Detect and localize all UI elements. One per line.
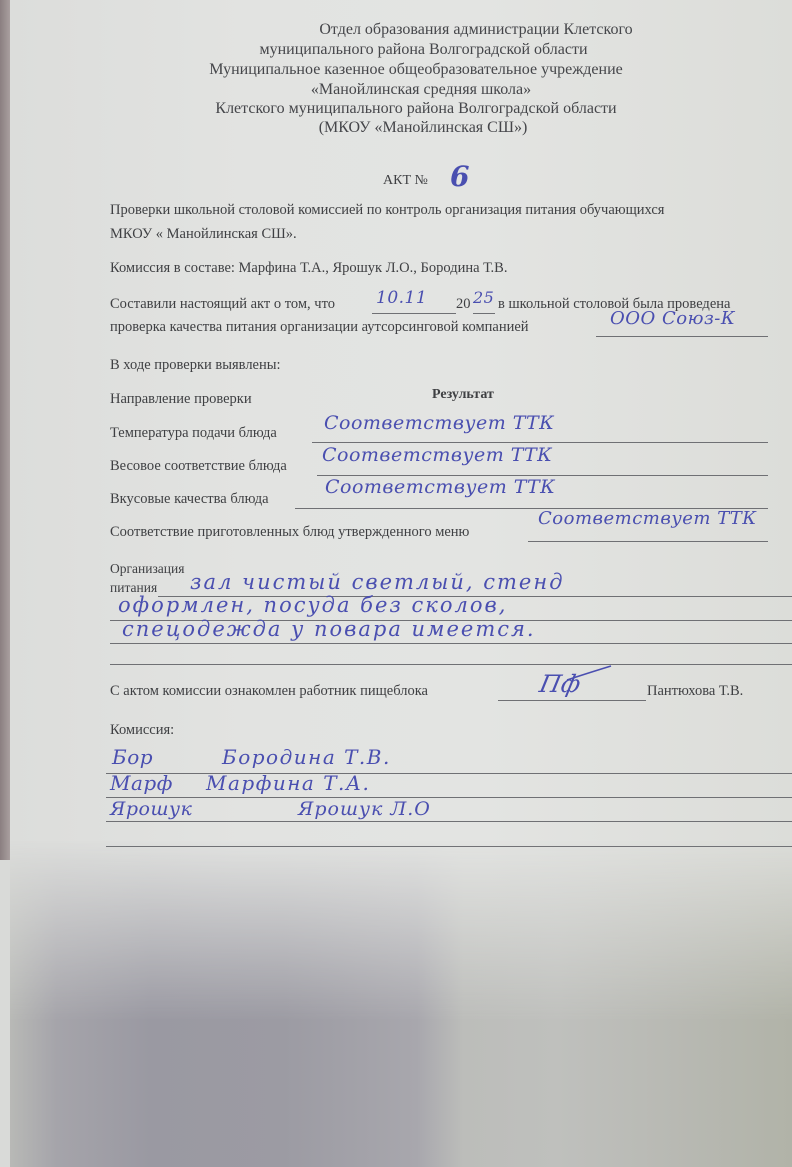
check-row-result: Соответствует ТТК	[325, 476, 555, 498]
document-page: Отдел образования администрации Клетског…	[10, 0, 792, 1167]
year-prefix: 20	[456, 296, 471, 313]
check-row-label: Температура подачи блюда	[110, 425, 277, 442]
check-row-result: Соответствует ТТК	[538, 508, 757, 529]
check-row-result: Соответствует ТТК	[324, 412, 554, 434]
statement-prefix: Составили настоящий акт о том, что	[110, 296, 335, 313]
commission-line-3	[106, 821, 792, 822]
signature-flourish	[565, 664, 615, 682]
organization-underline-4	[110, 664, 792, 665]
year-underline	[473, 313, 495, 314]
act-title: АКТ №	[383, 173, 428, 189]
act-title-prefix: АКТ №	[383, 173, 428, 188]
shadow-overlay	[10, 840, 792, 1167]
commission-signature: Ярошук	[110, 798, 192, 820]
check-row-underline	[528, 541, 768, 542]
header-line-1: Отдел образования администрации Клетског…	[10, 21, 792, 39]
column-direction: Направление проверки	[110, 391, 252, 408]
acknowledgement-signature-line	[498, 700, 646, 701]
findings-heading: В ходе проверки выявлены:	[110, 357, 281, 374]
worker-name: Пантюхова Т.В.	[647, 683, 743, 700]
check-row-label: Вкусовые качества блюда	[110, 491, 269, 508]
header-line-4: «Манойлинская средняя школа»	[10, 81, 792, 99]
header-line-5: Клетского муниципального района Волгогра…	[10, 100, 792, 118]
organization-text-line: зал чистый светлый, стенд	[190, 570, 565, 594]
company-handwritten: ООО Союз-К	[610, 308, 735, 329]
check-row-label: Соответствие приготовленных блюд утвержд…	[110, 524, 469, 541]
date-handwritten: 10.11	[376, 288, 427, 308]
commission-composition: Комиссия в составе: Марфина Т.А., Ярошук…	[110, 260, 507, 277]
organization-text-line: оформлен, посуда без сколов,	[118, 593, 507, 617]
commission-member-name: Марфина Т.А.	[206, 771, 370, 795]
commission-member-name: Ярошук Л.О	[298, 798, 431, 820]
organization-underline-3	[110, 643, 792, 644]
year-handwritten: 25	[473, 288, 494, 307]
header-line-2: муниципального района Волгоградской обла…	[10, 41, 792, 59]
header-line-3: Муниципальное казенное общеобразовательн…	[10, 61, 792, 79]
acknowledgement-text: С актом комиссии ознакомлен работник пищ…	[110, 683, 428, 700]
commission-signature: Марф	[110, 771, 173, 795]
commission-signature: Бор	[112, 745, 153, 769]
company-underline	[596, 336, 768, 337]
organization-text-line: спецодежда у повара имеется.	[122, 617, 536, 641]
commission-line-2	[106, 797, 792, 798]
commission-label: Комиссия:	[110, 722, 174, 739]
intro-line-1: Проверки школьной столовой комиссией по …	[110, 202, 664, 219]
check-row-underline	[312, 442, 768, 443]
statement-line-2: проверка качества питания организации ау…	[110, 319, 529, 336]
organization-label-1: Организация	[110, 561, 184, 577]
commission-member-name: Бородина Т.В.	[222, 745, 391, 769]
header-line-6: (МКОУ «Манойлинская СШ»)	[10, 119, 792, 137]
date-underline	[372, 313, 456, 314]
check-row-result: Соответствует ТТК	[322, 444, 552, 466]
column-result: Результат	[432, 387, 494, 403]
intro-line-2: МКОУ « Манойлинская СШ».	[110, 226, 297, 243]
check-row-label: Весовое соответствие блюда	[110, 458, 287, 475]
act-number: 6	[450, 160, 470, 193]
